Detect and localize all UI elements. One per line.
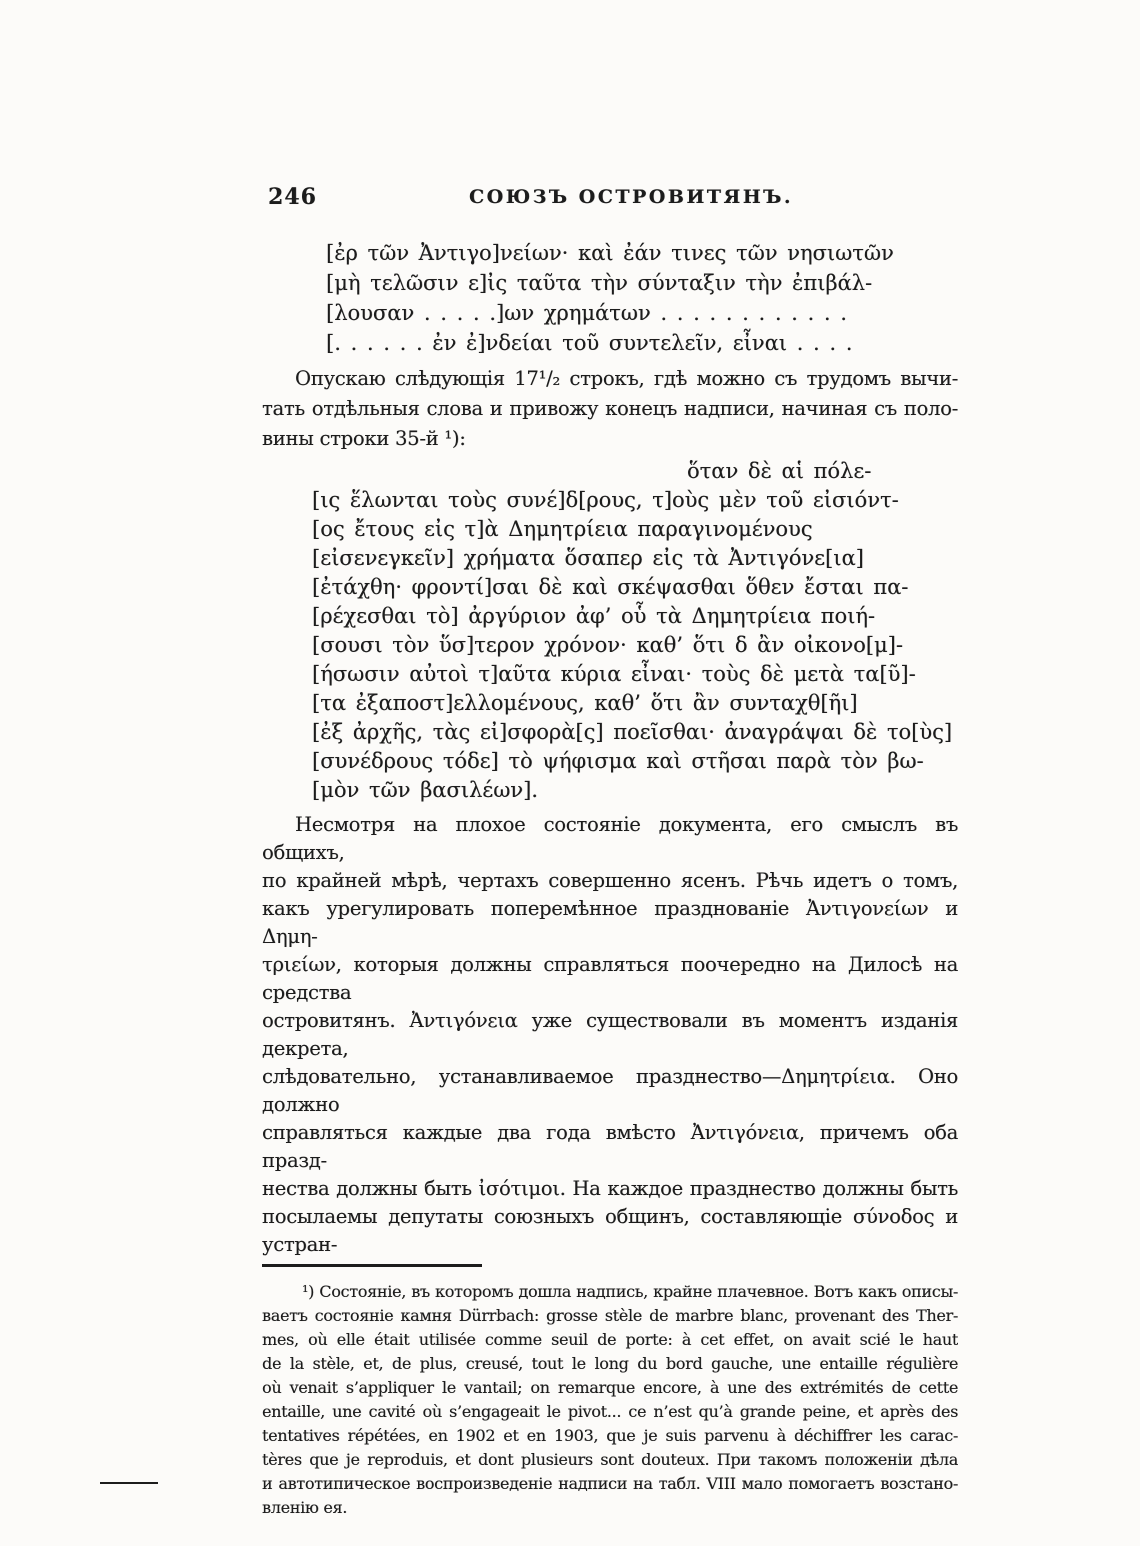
footnote-line: tères que je reproduis, et dont plusieur… [262,1448,958,1472]
footnote-line: ¹) Состояніе, въ которомъ дошла надпись,… [262,1280,958,1304]
text-line: нества должны быть ἰσότιμοι. На каждое п… [262,1175,958,1203]
book-page: 246 СОЮЗЪ ОСТРОВИТЯНЪ. [ἐρ τῶν Ἀντιγο]νε… [0,0,1140,1546]
text-line: Опускаю слѣдующія 17¹/₂ строкъ, гдѣ можн… [262,364,958,394]
inscription-line: [λουσαν . . . . .]ων χρημάτων . . . . . … [326,298,958,328]
footnote-line: mes, où elle était utilisée comme seuil … [262,1328,958,1352]
inscription-line: [σουσι τὸν ὕσ]τερον χρόνον· καθ’ ὅτι δ ἂ… [312,631,958,660]
footnote-line: ваетъ состояніе камня Dürrbach: grosse s… [262,1304,958,1328]
text-line: вины строки 35-й ¹): [262,424,958,454]
footnote-line: вленію ея. [262,1496,958,1520]
text-column: 246 СОЮЗЪ ОСТРОВИТЯНЪ. [ἐρ τῶν Ἀντιγο]νε… [262,184,958,1520]
text-line: справляться каждые два года вмѣсто Ἀντιγ… [262,1119,958,1175]
footnote-line: entaille, une cavité où s’engageait le p… [262,1400,958,1424]
inscription-line: [ήσωσιν αὐτοὶ τ]αῦτα κύρια εἶναι· τοὺς δ… [312,660,958,689]
greek-inscription-main: ὅταν δὲ αἱ πόλε- [ις ἕλωνται τοὺς συνέ]δ… [312,456,958,805]
inscription-line: [ἐτάχθη· φροντί]σαι δὲ καὶ σκέψασθαι ὅθε… [312,573,958,602]
inscription-line: [ἐξ ἀρχῆς, τὰς εἰ]σφορὰ[ς] ποεῖσθαι· ἀνα… [312,718,958,747]
inscription-line: [εἰσενεγκεῖν] χρήματα ὅσαπερ εἰς τὰ Ἀντι… [312,544,958,573]
footnote: ¹) Состояніе, въ которомъ дошла надпись,… [262,1280,958,1520]
footnote-line: tentatives répétées, en 1902 et en 1903,… [262,1424,958,1448]
footnote-separator [262,1264,482,1267]
text-line: слѣдовательно, устанавливаемое празднест… [262,1063,958,1119]
text-line: посылаемы депутаты союзныхъ общинъ, сост… [262,1203,958,1259]
page-header: 246 СОЮЗЪ ОСТРОВИТЯНЪ. [262,184,958,212]
inscription-line: [μὴ τελῶσιν ε]ἰς ταῦτα τὴν σύνταξιν τὴν … [326,268,958,298]
text-line: Несмотря на плохое состояніе документа, … [262,811,958,867]
running-header: СОЮЗЪ ОСТРОВИТЯНЪ. [262,186,958,208]
footnote-line: où venait s’appliquer le vantail; on rem… [262,1376,958,1400]
text-line: τριείων, которыя должны справляться пооч… [262,951,958,1007]
signature-rule [100,1482,158,1484]
text-line: тать отдѣльныя слова и привожу конецъ на… [262,394,958,424]
footnote-line: de la stèle, et, de plus, creusé, tout l… [262,1352,958,1376]
inscription-opening-line: ὅταν δὲ αἱ πόλε- [687,456,958,486]
greek-inscription-fragment: [ἐρ τῶν Ἀντιγο]νείων· καὶ ἐάν τινες τῶν … [326,238,958,358]
inscription-line: [ος ἔτους εἰς τ]ὰ Δημητρίεια παραγινομέν… [312,515,958,544]
footnote-line: и автотипическое воспроизведеніе надписи… [262,1472,958,1496]
paragraph-intro: Опускаю слѣдующія 17¹/₂ строкъ, гдѣ можн… [262,364,958,454]
text-line: островитянъ. Ἀντιγόνεια уже существовали… [262,1007,958,1063]
paragraph-commentary: Несмотря на плохое состояніе документа, … [262,811,958,1259]
inscription-line: [μὸν τῶν βασιλέων]. [312,776,958,805]
text-line: по крайней мѣрѣ, чертахъ совершенно ясен… [262,867,958,895]
inscription-line: [ἐρ τῶν Ἀντιγο]νείων· καὶ ἐάν τινες τῶν … [326,238,958,268]
text-line: какъ урегулировать поперемѣнное празднов… [262,895,958,951]
inscription-line: [ρέχεσθαι τὸ] ἀργύριον ἀφ’ οὗ τὰ Δημητρί… [312,602,958,631]
inscription-line: [ις ἕλωνται τοὺς συνέ]δ[ρους, τ]οὺς μὲν … [312,486,958,515]
inscription-line: [τα ἐξαποστ]ελλομένους, καθ’ ὅτι ἂν συντ… [312,689,958,718]
inscription-line: [. . . . . . ἐν ἐ]νδείαι τοῦ συντελεῖν, … [326,328,958,358]
inscription-line: [συνέδρους τόδε] τὸ ψήφισμα καὶ στῆσαι π… [312,747,958,776]
